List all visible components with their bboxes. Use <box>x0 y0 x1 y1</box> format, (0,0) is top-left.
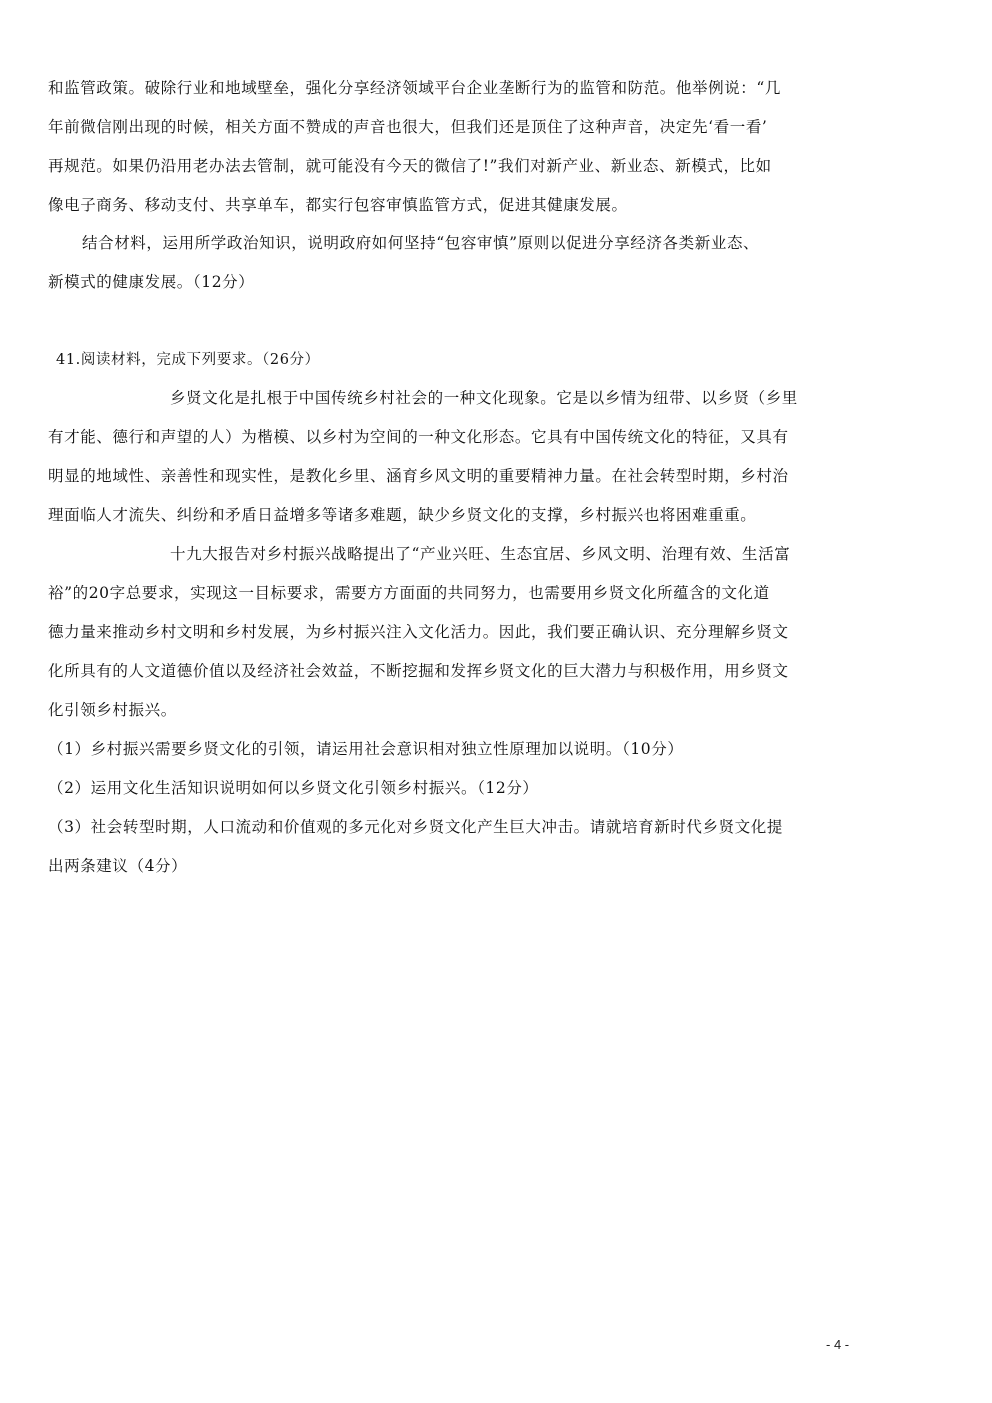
question-heading: 41.阅读材料，完成下列要求。（26分） <box>56 350 320 370</box>
sub-question-2: （2）运用文化生活知识说明如何以乡贤文化引领乡村振兴。（12分） <box>48 778 539 798</box>
text-line: 年前微信刚出现的时候，相关方面不赞成的声音也很大，但我们还是顶住了这种声音，决定… <box>48 117 767 137</box>
sub-question-1: （1）乡村振兴需要乡贤文化的引领，请运用社会意识相对独立性原理加以说明。（10分… <box>48 739 683 759</box>
material-paragraph-line: 德力量来推动乡村文明和乡村发展，为乡村振兴注入文化活力。因此，我们要正确认识、充… <box>48 622 789 642</box>
material-paragraph-line: 有才能、德行和声望的人）为楷模、以乡村为空间的一种文化形态。它具有中国传统文化的… <box>48 427 789 447</box>
material-paragraph-line: 十九大报告对乡村振兴战略提出了“产业兴旺、生态宜居、乡风文明、治理有效、生活富 <box>170 544 790 564</box>
text-line: 像电子商务、移动支付、共享单车，都实行包容审慎监管方式，促进其健康发展。 <box>48 195 628 215</box>
material-paragraph-line: 乡贤文化是扎根于中国传统乡村社会的一种文化现象。它是以乡情为纽带、以乡贤（乡里 <box>170 388 798 408</box>
material-paragraph-line: 化引领乡村振兴。 <box>48 700 177 720</box>
material-paragraph-line: 裕”的20字总要求，实现这一目标要求，需要方方面面的共同努力，也需要用乡贤文化所… <box>48 583 770 603</box>
sub-question-3: 出两条建议（4分） <box>48 856 187 876</box>
text-line: 和监管政策。破除行业和地域壁垒，强化分享经济领域平台企业垄断行为的监管和防范。他… <box>48 78 781 98</box>
question-prompt: 新模式的健康发展。（12分） <box>48 272 254 292</box>
page-number: - 4 - <box>826 1337 849 1352</box>
material-paragraph-line: 化所具有的人文道德价值以及经济社会效益，不断挖掘和发挥乡贤文化的巨大潜力与积极作… <box>48 661 789 681</box>
material-paragraph-line: 明显的地域性、亲善性和现实性，是教化乡里、涵育乡风文明的重要精神力量。在社会转型… <box>48 466 789 486</box>
sub-question-3: （3）社会转型时期，人口流动和价值观的多元化对乡贤文化产生巨大冲击。请就培育新时… <box>48 817 783 837</box>
material-paragraph-line: 理面临人才流失、纠纷和矛盾日益增多等诸多难题，缺少乡贤文化的支撑，乡村振兴也将困… <box>48 505 756 525</box>
text-line: 再规范。如果仍沿用老办法去管制，就可能没有今天的微信了!”我们对新产业、新业态、… <box>48 156 772 176</box>
question-prompt: 结合材料，运用所学政治知识，说明政府如何坚持“包容审慎”原则以促进分享经济各类新… <box>82 233 759 253</box>
